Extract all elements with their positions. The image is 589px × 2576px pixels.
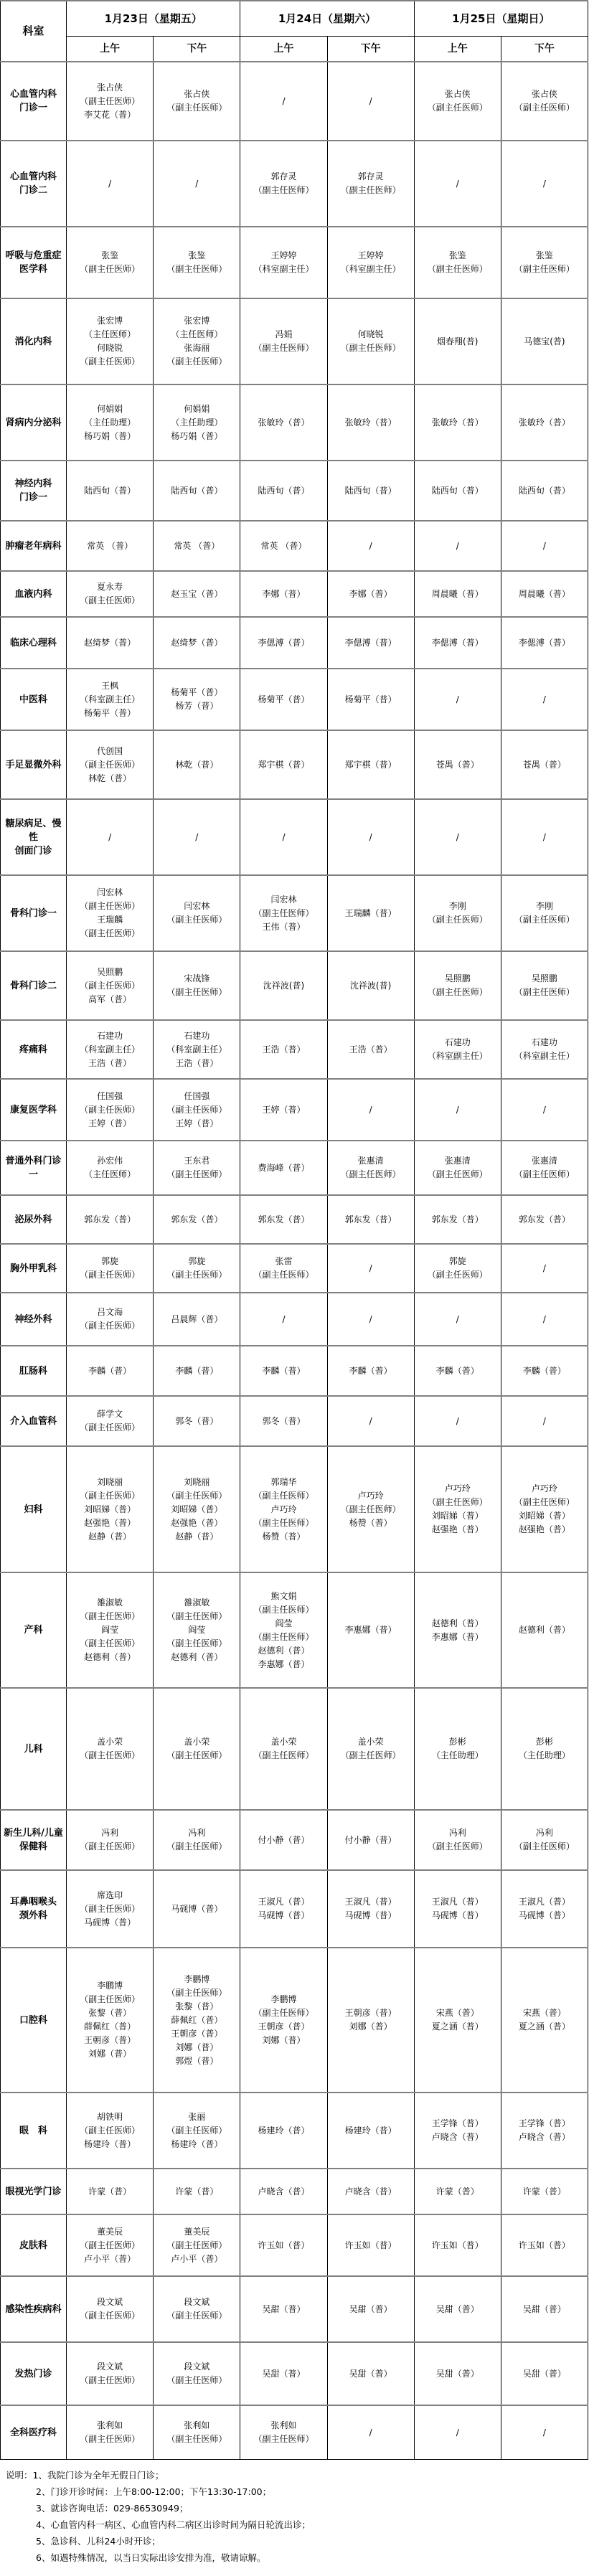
schedule-cell: 郭东发（普） xyxy=(240,1195,327,1244)
note-line: 3、就诊咨询电话：029-86530949； xyxy=(3,2500,586,2516)
schedule-cell: 李娜（普） xyxy=(240,571,327,617)
table-row: 眼 科胡铁明 （副主任医师） 杨建玲（普）张丽 （副主任医师） 杨建玲（普）杨建… xyxy=(1,2093,588,2169)
schedule-cell: 段文斌 （副主任医师） xyxy=(154,2276,240,2342)
schedule-cell: / xyxy=(327,1244,414,1293)
department-name: 眼视光学门诊 xyxy=(1,2169,67,2214)
schedule-cell: 熊文娟 （副主任医师） 阎莹 （副主任医师） 赵德利（普） 李惠娜（普） xyxy=(240,1572,327,1688)
table-row: 产科雒淑敏 （副主任医师） 阎莹 （副主任医师） 赵德利（普）雒淑敏 （副主任医… xyxy=(1,1572,588,1688)
schedule-cell: 杨菊平（普） xyxy=(327,669,414,730)
schedule-cell: 冯利 （副主任医师） xyxy=(154,1810,240,1870)
schedule-cell: / xyxy=(240,1293,327,1346)
schedule-cell: 沈祥波(普) xyxy=(240,951,327,1020)
department-name: 骨科门诊二 xyxy=(1,951,67,1020)
department-name: 新生儿科/儿童 保健科 xyxy=(1,1810,67,1870)
schedule-cell: 张占侠 （副主任医师） xyxy=(154,62,240,141)
schedule-cell: 张雷 （副主任医师） xyxy=(240,1244,327,1293)
table-row: 消化内科张宏博 （主任医师） 何晓锐 （副主任医师）张宏博 （主任医师） 张海丽… xyxy=(1,298,588,384)
schedule-cell: / xyxy=(327,2405,414,2460)
date-header-jan24: 1月24日（星期六） xyxy=(240,1,414,37)
schedule-cell: / xyxy=(327,1293,414,1346)
table-row: 全科医疗科张利如 （副主任医师）张利如 （副主任医师）张利如 （副主任医师）//… xyxy=(1,2405,588,2460)
department-name: 胸外甲乳科 xyxy=(1,1244,67,1293)
schedule-cell: 盖小荣 （副主任医师） xyxy=(154,1688,240,1810)
schedule-cell: 王瑞麟（普） xyxy=(327,875,414,951)
schedule-cell: 闫宏林 （副主任医师） xyxy=(154,875,240,951)
schedule-cell: 张敏玲（普） xyxy=(327,384,414,461)
table-row: 糖尿病足、慢性 创面门诊////// xyxy=(1,799,588,875)
schedule-cell: 许蒙（普） xyxy=(154,2169,240,2214)
schedule-cell: 张利如 （副主任医师） xyxy=(154,2405,240,2460)
note-line: 2、门诊开诊时间：上午8:00-12:00；下午13:30-17:00； xyxy=(3,2483,586,2500)
schedule-cell: / xyxy=(67,141,154,227)
note-line: 6、如遇特殊情况，以当日实际出诊安排为准，敬请谅解。 xyxy=(3,2549,586,2566)
schedule-cell: 石建功 （科室副主任） 王浩（普） xyxy=(154,1020,240,1079)
schedule-cell: 林乾（普） xyxy=(154,730,240,799)
table-row: 呼吸与危重症 医学科张鉴 （副主任医师）张鉴 （副主任医师）王婷婷 （科室副主任… xyxy=(1,227,588,298)
schedule-cell: 郭东发（普） xyxy=(327,1195,414,1244)
pm-header: 下午 xyxy=(327,37,414,62)
department-name: 感染性疾病科 xyxy=(1,2276,67,2342)
schedule-cell: 郭存灵 （副主任医师） xyxy=(240,141,327,227)
department-name: 心血管内科 门诊一 xyxy=(1,62,67,141)
schedule-cell: 李刚 （副主任医师） xyxy=(414,875,501,951)
schedule-cell: 吴甜（普） xyxy=(327,2276,414,2342)
schedule-cell: 石建功 （科室副主任） xyxy=(414,1020,501,1079)
schedule-cell: 沈祥波(普) xyxy=(327,951,414,1020)
schedule-cell: / xyxy=(327,1396,414,1446)
department-name: 呼吸与危重症 医学科 xyxy=(1,227,67,298)
schedule-cell: 雒淑敏 （副主任医师） 阎莹 （副主任医师） 赵德利（普） xyxy=(154,1572,240,1688)
schedule-cell: 吴甜（普） xyxy=(414,2276,501,2342)
schedule-cell: / xyxy=(501,669,588,730)
schedule-cell: 赵绮梦（普） xyxy=(154,617,240,669)
table-row: 骨科门诊二吴照鹏 （副主任医师） 高军（普）宋战锋 （副主任医师）沈祥波(普)沈… xyxy=(1,951,588,1020)
schedule-cell: 席选印 （副主任医师） 马砚博（普） xyxy=(67,1870,154,1948)
schedule-cell: / xyxy=(240,799,327,875)
schedule-cell: 陆西旬（普） xyxy=(67,461,154,521)
schedule-cell: 夏永寿 （副主任医师） xyxy=(67,571,154,617)
schedule-cell: 卢巧玲 （副主任医师） 刘昭娣（普） 赵强艳（普） xyxy=(414,1446,501,1572)
schedule-cell: 王学锋（普） 卢晓含（普） xyxy=(414,2093,501,2169)
department-column-header: 科室 xyxy=(1,1,67,62)
schedule-cell: 马砚博（普） xyxy=(154,1870,240,1948)
schedule-cell: 马德宝(普) xyxy=(501,298,588,384)
schedule-cell: 彭彬 （主任助理） xyxy=(414,1688,501,1810)
table-row: 神经内科 门诊一陆西旬（普）陆西旬（普）陆西旬（普）陆西旬（普）陆西旬（普）陆西… xyxy=(1,461,588,521)
schedule-cell: 胡铁明 （副主任医师） 杨建玲（普） xyxy=(67,2093,154,2169)
department-name: 发热门诊 xyxy=(1,2342,67,2405)
schedule-cell: 王淑凡（普） 马砚博（普） xyxy=(240,1870,327,1948)
table-row: 骨科门诊一闫宏林 （副主任医师） 王瑞麟 （副主任医师）闫宏林 （副主任医师）闫… xyxy=(1,875,588,951)
schedule-cell: 宋燕（普） 夏之涵（普） xyxy=(501,1948,588,2093)
schedule-cell: 王淑凡（普） 马砚博（普） xyxy=(327,1870,414,1948)
schedule-cell: 李鹏博 （副主任医师） 张黎（普） 薛佩红（普） 王朝彦（普） 刘娜（普） 郭煜… xyxy=(154,1948,240,2093)
schedule-cell: 李惠娜（普） xyxy=(327,1572,414,1688)
schedule-cell: 张鉴 （副主任医师） xyxy=(67,227,154,298)
schedule-cell: 盖小荣 （副主任医师） xyxy=(240,1688,327,1810)
schedule-cell: 孙宏伟 （主任医师） xyxy=(67,1141,154,1195)
schedule-cell: 代创国 （副主任医师） 林乾（普） xyxy=(67,730,154,799)
schedule-cell: 冯利 （副主任医师） xyxy=(67,1810,154,1870)
schedule-cell: 董美辰 （副主任医师） 卢小平（普） xyxy=(154,2214,240,2276)
schedule-cell: 卢巧玲 （副主任医师） 刘昭娣（普） 赵强艳（普） xyxy=(501,1446,588,1572)
department-name: 中医科 xyxy=(1,669,67,730)
date-header-jan23: 1月23日（星期五） xyxy=(67,1,240,37)
table-row: 感染性疾病科段文斌 （副主任医师）段文斌 （副主任医师）吴甜（普）吴甜（普）吴甜… xyxy=(1,2276,588,2342)
schedule-cell: 许玉如（普） xyxy=(327,2214,414,2276)
table-row: 肛肠科李麟（普）李麟（普）李麟（普）李麟（普）李麟（普）李麟（普） xyxy=(1,1346,588,1396)
schedule-cell: 李麟（普） xyxy=(154,1346,240,1396)
table-row: 手足显微外科代创国 （副主任医师） 林乾（普）林乾（普）郑宇棋（普）郑宇棋（普）… xyxy=(1,730,588,799)
schedule-cell: / xyxy=(327,799,414,875)
pm-header: 下午 xyxy=(501,37,588,62)
schedule-cell: 周晨曦（普） xyxy=(414,571,501,617)
schedule-cell: 烟春翔(普) xyxy=(414,298,501,384)
am-header: 上午 xyxy=(67,37,154,62)
schedule-cell: 吴照鹏 （副主任医师） xyxy=(501,951,588,1020)
schedule-cell: 李鹏博 （副主任医师） 王朝彦（普） 刘娜（普） xyxy=(240,1948,327,2093)
schedule-cell: 郑宇棋（普） xyxy=(240,730,327,799)
schedule-cell: 李麟（普） xyxy=(67,1346,154,1396)
schedule-cell: 张惠清 （副主任医师） xyxy=(327,1141,414,1195)
schedule-cell: / xyxy=(414,1293,501,1346)
schedule-cell: 郭东发（普） xyxy=(154,1195,240,1244)
schedule-cell: 李麟（普） xyxy=(501,1346,588,1396)
schedule-cell: 吕晨辉（普） xyxy=(154,1293,240,1346)
schedule-cell: 冯利 （副主任医师） xyxy=(414,1810,501,1870)
outpatient-schedule-table: 科室 1月23日（星期五） 1月24日（星期六） 1月25日（星期日） 上午 下… xyxy=(0,0,588,2460)
department-name: 肿瘤老年病科 xyxy=(1,521,67,571)
schedule-cell: / xyxy=(414,1396,501,1446)
schedule-cell: 张利如 （副主任医师） xyxy=(67,2405,154,2460)
schedule-cell: 任国强 （副主任医师） 王婷（普） xyxy=(67,1079,154,1141)
schedule-cell: 王婷婷 （科室副主任） xyxy=(240,227,327,298)
schedule-cell: 段文斌 （副主任医师） xyxy=(67,2276,154,2342)
department-name: 疼痛科 xyxy=(1,1020,67,1079)
table-row: 血液内科夏永寿 （副主任医师）赵玉宝（普）李娜（普）李娜（普）周晨曦（普）周晨曦… xyxy=(1,571,588,617)
schedule-cell: 常英 （普） xyxy=(67,521,154,571)
schedule-cell: / xyxy=(414,799,501,875)
department-name: 糖尿病足、慢性 创面门诊 xyxy=(1,799,67,875)
schedule-cell: 李鹏博 （副主任医师） 张黎（普） 薛佩红（普） 王朝彦（普） 刘娜（普） xyxy=(67,1948,154,2093)
schedule-cell: 王淑凡（普） 马砚博（普） xyxy=(501,1870,588,1948)
schedule-cell: 吴甜（普） xyxy=(240,2276,327,2342)
schedule-cell: 李偲溥（普） xyxy=(414,617,501,669)
schedule-cell: 许玉如（普） xyxy=(414,2214,501,2276)
schedule-cell: 陆西旬（普） xyxy=(501,461,588,521)
department-name: 口腔科 xyxy=(1,1948,67,2093)
schedule-cell: / xyxy=(501,2405,588,2460)
table-row: 神经外科吕文海 （副主任医师）吕晨辉（普）//// xyxy=(1,1293,588,1346)
schedule-cell: 李麟（普） xyxy=(327,1346,414,1396)
table-row: 儿科盖小荣 （副主任医师）盖小荣 （副主任医师）盖小荣 （副主任医师）盖小荣 （… xyxy=(1,1688,588,1810)
ampm-header-row: 上午 下午 上午 下午 上午 下午 xyxy=(1,37,588,62)
schedule-body: 心血管内科 门诊一张占侠 （副主任医师） 李艾花（普）张占侠 （副主任医师）//… xyxy=(1,62,588,2460)
schedule-cell: / xyxy=(501,1244,588,1293)
department-name: 心血管内科 门诊二 xyxy=(1,141,67,227)
schedule-cell: 宋燕（普） 夏之涵（普） xyxy=(414,1948,501,2093)
schedule-cell: 郭东发（普） xyxy=(501,1195,588,1244)
schedule-cell: 常英 （普） xyxy=(240,521,327,571)
schedule-cell: 张利如 （副主任医师） xyxy=(240,2405,327,2460)
table-row: 康复医学科任国强 （副主任医师） 王婷（普）任国强 （副主任医师） 王婷（普）王… xyxy=(1,1079,588,1141)
schedule-cell: 李麟（普） xyxy=(240,1346,327,1396)
table-row: 耳鼻咽喉头 颈外科席选印 （副主任医师） 马砚博（普）马砚博（普）王淑凡（普） … xyxy=(1,1870,588,1948)
schedule-cell: 赵德利（普） xyxy=(501,1572,588,1688)
schedule-cell: 王淑凡（普） 马砚博（普） xyxy=(414,1870,501,1948)
schedule-cell: 石建功 （科室副主任） xyxy=(501,1020,588,1079)
schedule-cell: 卢晓含（普） xyxy=(327,2169,414,2214)
schedule-cell: 付小静（普） xyxy=(327,1810,414,1870)
schedule-cell: 郭旋 （副主任医师） xyxy=(154,1244,240,1293)
schedule-cell: 王朝彦（普） 刘娜（普） xyxy=(327,1948,414,2093)
schedule-cell: 许蒙（普） xyxy=(67,2169,154,2214)
schedule-cell: 张宏博 （主任医师） 张海丽 （副主任医师） xyxy=(154,298,240,384)
schedule-cell: 吴照鹏 （副主任医师） xyxy=(414,951,501,1020)
schedule-cell: / xyxy=(501,521,588,571)
schedule-cell: 薛学文 （副主任医师） xyxy=(67,1396,154,1446)
schedule-cell: 张惠清 （副主任医师） xyxy=(501,1141,588,1195)
schedule-cell: 付小静（普） xyxy=(240,1810,327,1870)
table-row: 妇科刘晓丽 （副主任医师） 刘昭娣（普） 赵强艳（普） 赵静（普）刘晓丽 （副主… xyxy=(1,1446,588,1572)
am-header: 上午 xyxy=(414,37,501,62)
table-row: 中医科王枫 （科室副主任） 杨菊平（普）杨菊平（普） 杨芳（普）杨菊平（普）杨菊… xyxy=(1,669,588,730)
schedule-cell: 张占侠 （副主任医师） xyxy=(501,62,588,141)
department-name: 手足显微外科 xyxy=(1,730,67,799)
schedule-cell: 张鉴 （副主任医师） xyxy=(414,227,501,298)
schedule-cell: 吴甜（普） xyxy=(501,2276,588,2342)
schedule-cell: / xyxy=(414,521,501,571)
schedule-cell: 杨建玲（普） xyxy=(240,2093,327,2169)
schedule-cell: 张鉴 （副主任医师） xyxy=(154,227,240,298)
schedule-cell: 吴甜（普） xyxy=(501,2342,588,2405)
department-name: 肾病内分泌科 xyxy=(1,384,67,461)
schedule-cell: 李偲溥（普） xyxy=(327,617,414,669)
schedule-cell: 李麟（普） xyxy=(414,1346,501,1396)
schedule-cell: 何晓锐 （副主任医师） xyxy=(327,298,414,384)
department-name: 泌尿外科 xyxy=(1,1195,67,1244)
schedule-cell: 常英 （普） xyxy=(154,521,240,571)
schedule-cell: 闫宏林 （副主任医师） 王瑞麟 （副主任医师） xyxy=(67,875,154,951)
schedule-cell: 卢巧玲 （副主任医师） 杨赞（普） xyxy=(327,1446,414,1572)
schedule-cell: 冯娟 （副主任医师） xyxy=(240,298,327,384)
schedule-cell: 张宏博 （主任医师） 何晓锐 （副主任医师） xyxy=(67,298,154,384)
schedule-cell: / xyxy=(154,141,240,227)
table-row: 发热门诊段文斌 （副主任医师）段文斌 （副主任医师）吴甜（普）吴甜（普）吴甜（普… xyxy=(1,2342,588,2405)
schedule-cell: / xyxy=(414,1079,501,1141)
schedule-cell: 许玉如（普） xyxy=(240,2214,327,2276)
schedule-cell: 陆西旬（普） xyxy=(414,461,501,521)
schedule-cell: 段文斌 （副主任医师） xyxy=(154,2342,240,2405)
table-row: 新生儿科/儿童 保健科冯利 （副主任医师）冯利 （副主任医师）付小静（普）付小静… xyxy=(1,1810,588,1870)
schedule-cell: / xyxy=(501,1396,588,1446)
table-row: 肿瘤老年病科常英 （普）常英 （普）常英 （普）/// xyxy=(1,521,588,571)
schedule-cell: 陆西旬（普） xyxy=(327,461,414,521)
schedule-cell: 郭冬（普） xyxy=(240,1396,327,1446)
date-header-row: 科室 1月23日（星期五） 1月24日（星期六） 1月25日（星期日） xyxy=(1,1,588,37)
schedule-cell: 赵绮梦（普） xyxy=(67,617,154,669)
schedule-cell: 刘晓丽 （副主任医师） 刘昭娣（普） 赵强艳（普） 赵静（普） xyxy=(67,1446,154,1572)
note-line: 说明：1、我院门诊为全年无假日门诊； xyxy=(3,2467,586,2483)
table-row: 疼痛科石建功 （科室副主任） 王浩（普）石建功 （科室副主任） 王浩（普）王浩（… xyxy=(1,1020,588,1079)
schedule-cell: 苍禺（普） xyxy=(501,730,588,799)
department-name: 普通外科门诊一 xyxy=(1,1141,67,1195)
schedule-cell: 卢晓含（普） xyxy=(240,2169,327,2214)
schedule-cell: 张丽 （副主任医师） 杨建玲（普） xyxy=(154,2093,240,2169)
schedule-cell: 王学锋（普） 卢晓含（普） xyxy=(501,2093,588,2169)
schedule-cell: / xyxy=(501,799,588,875)
department-name: 皮肤科 xyxy=(1,2214,67,2276)
schedule-cell: 李刚 （副主任医师） xyxy=(501,875,588,951)
schedule-cell: 吕文海 （副主任医师） xyxy=(67,1293,154,1346)
table-row: 皮肤科董美辰 （副主任医师） 卢小平（普）董美辰 （副主任医师） 卢小平（普）许… xyxy=(1,2214,588,2276)
schedule-cell: / xyxy=(414,141,501,227)
schedule-cell: 赵玉宝（普） xyxy=(154,571,240,617)
schedule-cell: 王浩（普） xyxy=(240,1020,327,1079)
table-row: 临床心理科赵绮梦（普）赵绮梦（普）李偲溥（普）李偲溥（普）李偲溥（普）李偲溥（普… xyxy=(1,617,588,669)
schedule-cell: / xyxy=(327,521,414,571)
schedule-cell: 吴照鹏 （副主任医师） 高军（普） xyxy=(67,951,154,1020)
schedule-cell: 吴甜（普） xyxy=(240,2342,327,2405)
schedule-cell: 闫宏林 （副主任医师） 王伟（普） xyxy=(240,875,327,951)
table-row: 胸外甲乳科郭旋 （副主任医师）郭旋 （副主任医师）张雷 （副主任医师）/郭旋 （… xyxy=(1,1244,588,1293)
schedule-cell: 刘晓丽 （副主任医师） 刘昭娣（普） 赵强艳（普） 赵静（普） xyxy=(154,1446,240,1572)
department-name: 产科 xyxy=(1,1572,67,1688)
department-name: 骨科门诊一 xyxy=(1,875,67,951)
schedule-cell: 吴甜（普） xyxy=(327,2342,414,2405)
schedule-cell: 陆西旬（普） xyxy=(154,461,240,521)
schedule-cell: 盖小荣 （副主任医师） xyxy=(327,1688,414,1810)
schedule-cell: / xyxy=(501,1293,588,1346)
schedule-cell: 何娟娟 （主任助理） 杨巧娟（普） xyxy=(154,384,240,461)
schedule-cell: 杨菊平（普） xyxy=(240,669,327,730)
schedule-cell: 张占侠 （副主任医师） 李艾花（普） xyxy=(67,62,154,141)
table-row: 口腔科李鹏博 （副主任医师） 张黎（普） 薛佩红（普） 王朝彦（普） 刘娜（普）… xyxy=(1,1948,588,2093)
department-name: 耳鼻咽喉头 颈外科 xyxy=(1,1870,67,1948)
schedule-cell: 陆西旬（普） xyxy=(240,461,327,521)
schedule-cell: 王浩（普） xyxy=(327,1020,414,1079)
schedule-cell: / xyxy=(501,1079,588,1141)
schedule-cell: 吴甜（普） xyxy=(414,2342,501,2405)
department-name: 儿科 xyxy=(1,1688,67,1810)
table-row: 介入血管科薛学文 （副主任医师）郭冬（普）郭冬（普）/// xyxy=(1,1396,588,1446)
schedule-cell: 段文斌 （副主任医师） xyxy=(67,2342,154,2405)
schedule-cell: 许蒙（普） xyxy=(501,2169,588,2214)
schedule-cell: 何娟娟 （主任助理） 杨巧娟（普） xyxy=(67,384,154,461)
department-name: 血液内科 xyxy=(1,571,67,617)
schedule-cell: / xyxy=(501,141,588,227)
pm-header: 下午 xyxy=(154,37,240,62)
department-name: 临床心理科 xyxy=(1,617,67,669)
department-name: 康复医学科 xyxy=(1,1079,67,1141)
schedule-cell: / xyxy=(414,669,501,730)
department-name: 介入血管科 xyxy=(1,1396,67,1446)
department-name: 全科医疗科 xyxy=(1,2405,67,2460)
schedule-cell: 费海峰（普） xyxy=(240,1141,327,1195)
table-row: 心血管内科 门诊一张占侠 （副主任医师） 李艾花（普）张占侠 （副主任医师）//… xyxy=(1,62,588,141)
department-name: 眼 科 xyxy=(1,2093,67,2169)
am-header: 上午 xyxy=(240,37,327,62)
department-name: 神经内科 门诊一 xyxy=(1,461,67,521)
schedule-cell: 张占侠 （副主任医师） xyxy=(414,62,501,141)
schedule-cell: / xyxy=(67,799,154,875)
schedule-cell: 李偲溥（普） xyxy=(501,617,588,669)
schedule-cell: / xyxy=(414,2405,501,2460)
schedule-cell: 郭东发（普） xyxy=(414,1195,501,1244)
schedule-cell: 郭瑞华 （副主任医师） 卢巧玲 （副主任医师） 杨赞（普） xyxy=(240,1446,327,1572)
schedule-cell: 杨菊平（普） 杨芳（普） xyxy=(154,669,240,730)
table-row: 肾病内分泌科何娟娟 （主任助理） 杨巧娟（普）何娟娟 （主任助理） 杨巧娟（普）… xyxy=(1,384,588,461)
table-row: 普通外科门诊一孙宏伟 （主任医师）王东君 （副主任医师）费海峰（普）张惠清 （副… xyxy=(1,1141,588,1195)
schedule-cell: 石建功 （科室副主任） 王浩（普） xyxy=(67,1020,154,1079)
schedule-header: 科室 1月23日（星期五） 1月24日（星期六） 1月25日（星期日） 上午 下… xyxy=(1,1,588,62)
schedule-cell: / xyxy=(240,62,327,141)
schedule-cell: 王东君 （副主任医师） xyxy=(154,1141,240,1195)
schedule-cell: 郭存灵 （副主任医师） xyxy=(327,141,414,227)
schedule-cell: 郭东发（普） xyxy=(67,1195,154,1244)
table-row: 眼视光学门诊许蒙（普）许蒙（普）卢晓含（普）卢晓含（普）许蒙（普）许蒙（普） xyxy=(1,2169,588,2214)
schedule-cell: 雒淑敏 （副主任医师） 阎莹 （副主任医师） 赵德利（普） xyxy=(67,1572,154,1688)
schedule-cell: 郭旋 （副主任医师） xyxy=(67,1244,154,1293)
schedule-cell: 张敏玲（普） xyxy=(414,384,501,461)
table-row: 心血管内科 门诊二//郭存灵 （副主任医师）郭存灵 （副主任医师）// xyxy=(1,141,588,227)
schedule-cell: 王枫 （科室副主任） 杨菊平（普） xyxy=(67,669,154,730)
schedule-cell: 彭彬 （主任助理） xyxy=(501,1688,588,1810)
date-header-jan25: 1月25日（星期日） xyxy=(414,1,588,37)
schedule-cell: / xyxy=(154,799,240,875)
note-line: 4、心血管内科一病区、心血管内科二病区出诊时间为隔日轮流出诊； xyxy=(3,2516,586,2533)
schedule-cell: 周晨曦（普） xyxy=(501,571,588,617)
schedule-cell: / xyxy=(327,62,414,141)
schedule-cell: 赵德利（普） 李惠娜（普） xyxy=(414,1572,501,1688)
schedule-cell: 杨建玲（普） xyxy=(327,2093,414,2169)
department-name: 消化内科 xyxy=(1,298,67,384)
schedule-cell: 任国强 （副主任医师） 王婷（普） xyxy=(154,1079,240,1141)
department-name: 神经外科 xyxy=(1,1293,67,1346)
table-row: 泌尿外科郭东发（普）郭东发（普）郭东发（普）郭东发（普）郭东发（普）郭东发（普） xyxy=(1,1195,588,1244)
schedule-cell: 李娜（普） xyxy=(327,571,414,617)
schedule-cell: 许蒙（普） xyxy=(414,2169,501,2214)
schedule-cell: 郑宇棋（普） xyxy=(327,730,414,799)
notes: 说明：1、我院门诊为全年无假日门诊； 2、门诊开诊时间：上午8:00-12:00… xyxy=(0,2460,589,2576)
schedule-cell: / xyxy=(327,1079,414,1141)
schedule-cell: 郭旋 （副主任医师） xyxy=(414,1244,501,1293)
department-name: 妇科 xyxy=(1,1446,67,1572)
schedule-cell: 苍禺（普） xyxy=(414,730,501,799)
schedule-cell: 董美辰 （副主任医师） 卢小平（普） xyxy=(67,2214,154,2276)
schedule-cell: 许玉如（普） xyxy=(501,2214,588,2276)
schedule-cell: 王婷婷 （科室副主任） xyxy=(327,227,414,298)
department-name: 肛肠科 xyxy=(1,1346,67,1396)
schedule-cell: 张敏玲（普） xyxy=(501,384,588,461)
schedule-cell: 王婷（普） xyxy=(240,1079,327,1141)
schedule-cell: 郭冬（普） xyxy=(154,1396,240,1446)
schedule-cell: 李偲溥（普） xyxy=(240,617,327,669)
note-line: 5、急诊科、儿科24小时开诊； xyxy=(3,2533,586,2549)
schedule-cell: 盖小荣 （副主任医师） xyxy=(67,1688,154,1810)
schedule-cell: 宋战锋 （副主任医师） xyxy=(154,951,240,1020)
schedule-cell: 冯利 （副主任医师） xyxy=(501,1810,588,1870)
schedule-cell: 张敏玲（普） xyxy=(240,384,327,461)
schedule-cell: 张惠清 （副主任医师） xyxy=(414,1141,501,1195)
schedule-cell: 张鉴 （副主任医师） xyxy=(501,227,588,298)
